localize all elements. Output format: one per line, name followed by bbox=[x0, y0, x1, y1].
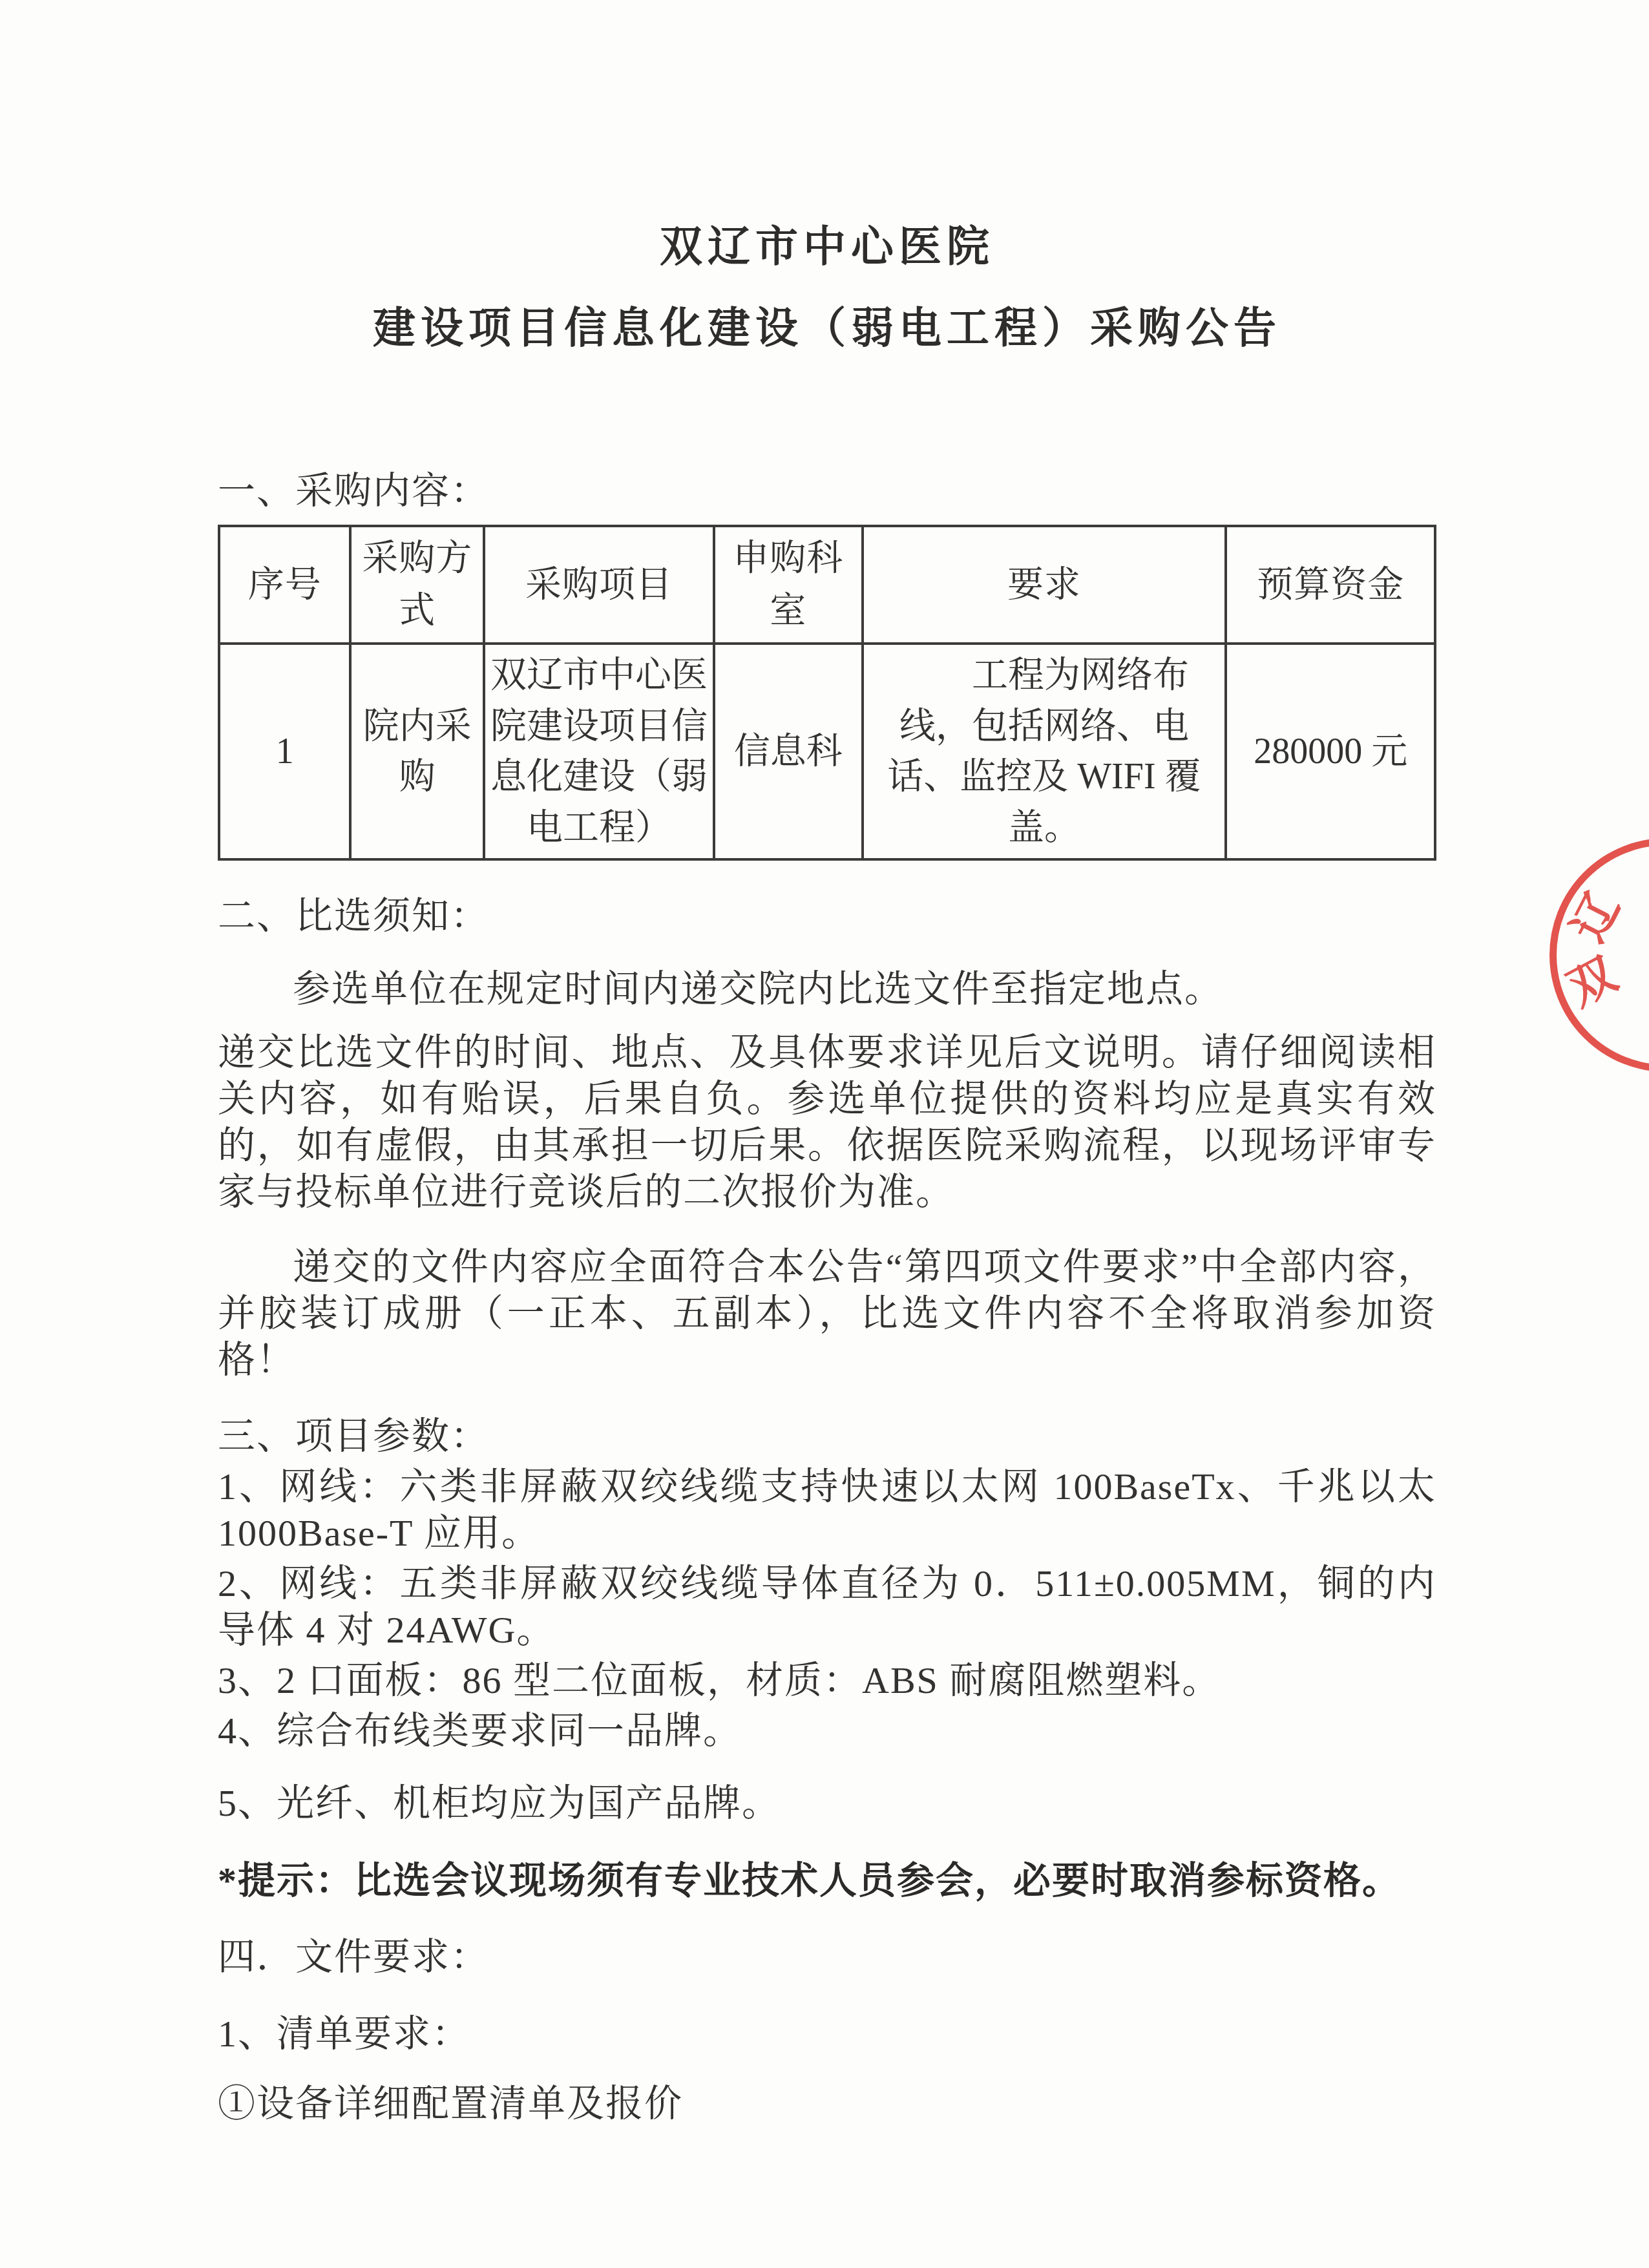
param-item-1: 1、网线：六类非屏蔽双绞线缆支持快速以太网 100BaseTx、千兆以太 100… bbox=[218, 1464, 1436, 1557]
section2-para2: 递交比选文件的时间、地点、及具体要求详见后文说明。请仔细阅读相关内容，如有贻误，… bbox=[218, 1029, 1436, 1215]
param-item-5: 5、光纤、机柜均应为国产品牌。 bbox=[218, 1780, 1436, 1827]
col-header-project: 采购项目 bbox=[484, 526, 714, 644]
col-header-budget: 预算资金 bbox=[1226, 526, 1435, 644]
cell-project: 双辽市中心医院建设项目信息化建设（弱电工程） bbox=[484, 644, 714, 859]
cell-requirements: 工程为网络布线，包括网络、电话、监控及 WIFI 覆盖。 bbox=[863, 644, 1226, 859]
col-header-index: 序号 bbox=[219, 526, 350, 644]
col-header-department: 申购科室 bbox=[714, 526, 863, 644]
section2-para3: 递交的文件内容应全面符合本公告“第四项文件要求”中全部内容，并胶装订成册（一正本… bbox=[218, 1244, 1436, 1383]
document-content: 双辽市中心医院 建设项目信息化建设（弱电工程）采购公告 一、采购内容： 序号 采… bbox=[218, 0, 1436, 2127]
section4-sub1: 1、清单要求： bbox=[218, 2011, 1436, 2058]
section4-heading: 四．文件要求： bbox=[218, 1934, 1436, 1981]
cell-budget: 280000 元 bbox=[1226, 644, 1435, 859]
param-item-2: 2、网线：五类非屏蔽双绞线缆导体直径为 0．511±0.005MM，铜的内导体 … bbox=[218, 1560, 1436, 1654]
document-title-line1: 双辽市中心医院 bbox=[218, 220, 1436, 275]
document-page: 双辽市中心医院 建设项目信息化建设（弱电工程）采购公告 一、采购内容： 序号 采… bbox=[0, 0, 1649, 2268]
notice-line: *提示：比选会议现场须有专业技术人员参会，必要时取消参标资格。 bbox=[218, 1858, 1436, 1904]
section2-heading: 二、比选须知： bbox=[218, 893, 1436, 940]
table-header-row: 序号 采购方式 采购项目 申购科室 要求 预算资金 bbox=[219, 526, 1435, 644]
section2-para1: 参选单位在规定时间内递交院内比选文件至指定地点。 bbox=[218, 966, 1436, 1013]
param-item-4: 4、综合布线类要求同一品牌。 bbox=[218, 1708, 1436, 1754]
cell-department: 信息科 bbox=[714, 644, 863, 859]
section1-heading: 一、采购内容： bbox=[218, 468, 1436, 515]
cell-index: 1 bbox=[219, 644, 350, 859]
param-item-3: 3、2 口面板：86 型二位面板，材质：ABS 耐腐阻燃塑料。 bbox=[218, 1657, 1436, 1704]
table-row: 1 院内采购 双辽市中心医院建设项目信息化建设（弱电工程） 信息科 工程为网络布… bbox=[219, 644, 1435, 859]
cell-method: 院内采购 bbox=[350, 644, 484, 859]
section3-heading: 三、项目参数： bbox=[218, 1413, 1436, 1460]
col-header-requirements: 要求 bbox=[863, 526, 1226, 644]
purchase-table: 序号 采购方式 采购项目 申购科室 要求 预算资金 1 院内采购 双辽市中心医院… bbox=[218, 525, 1436, 861]
document-title-line2: 建设项目信息化建设（弱电工程）采购公告 bbox=[218, 301, 1436, 357]
col-header-method: 采购方式 bbox=[350, 526, 484, 644]
section4-item1: ①设备详细配置清单及报价 bbox=[218, 2081, 1436, 2127]
